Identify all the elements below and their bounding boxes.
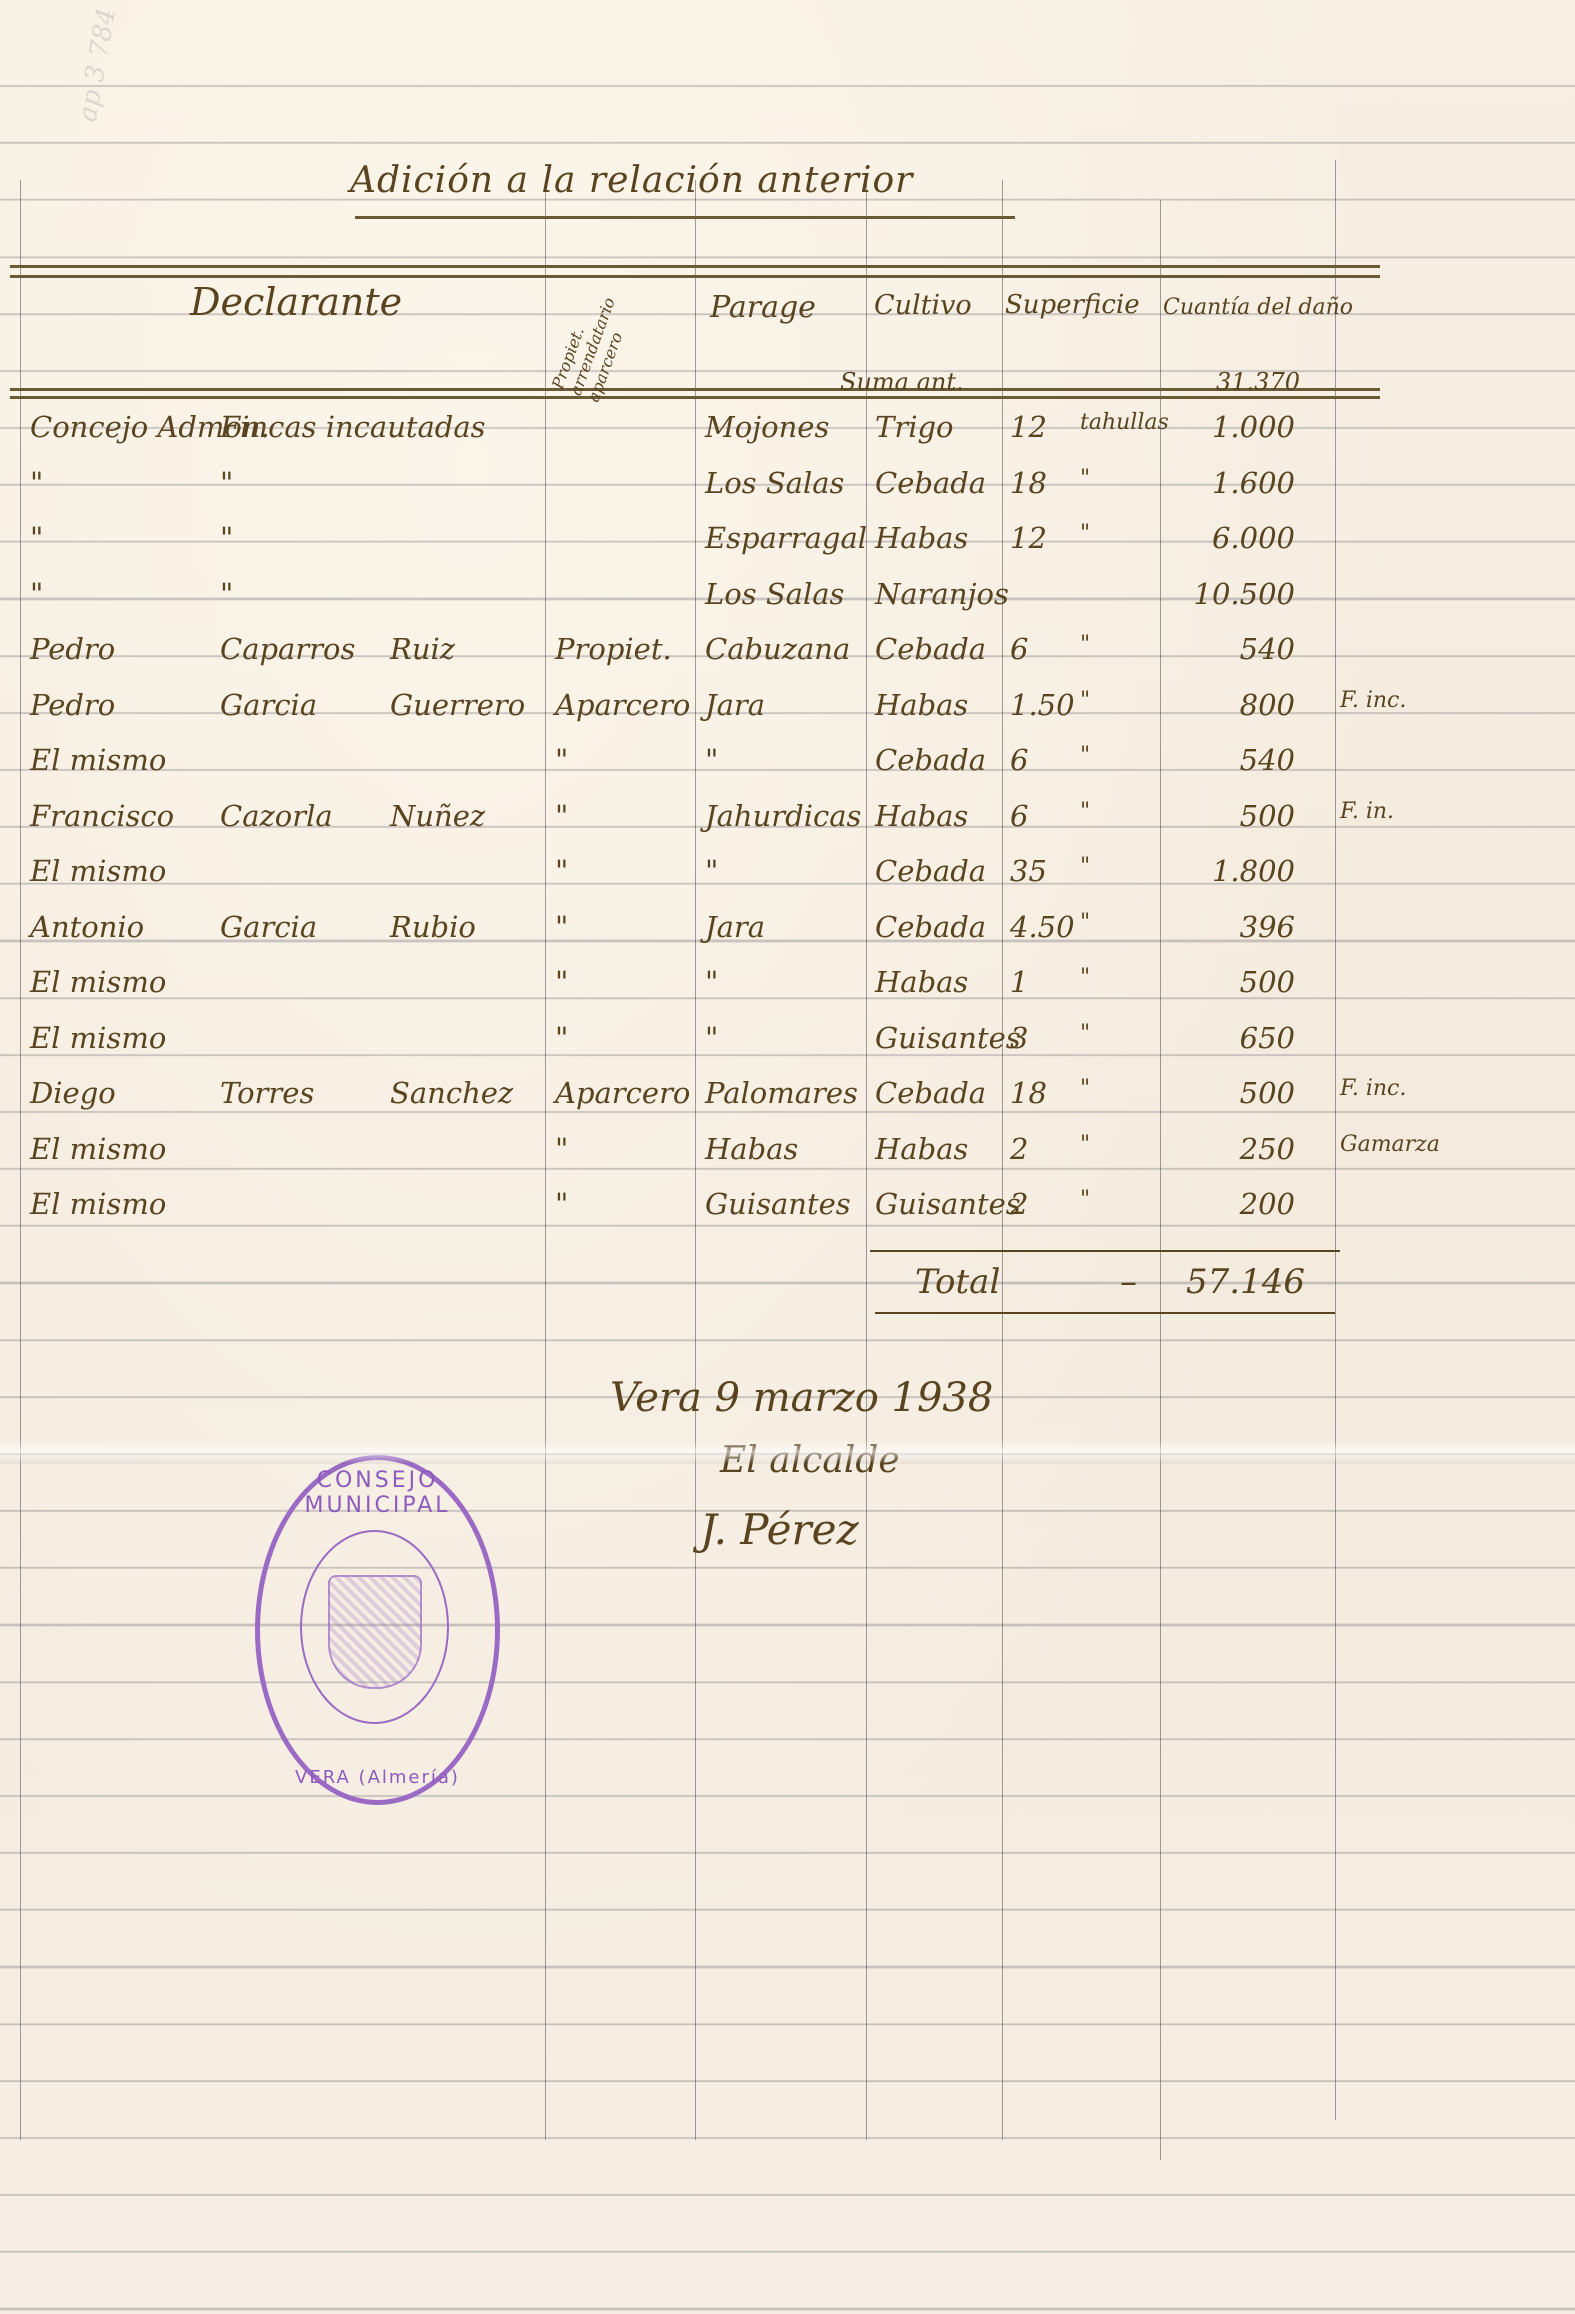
header-declarante: Declarante — [190, 280, 402, 324]
row-parage: Jara — [705, 910, 765, 944]
row-declarante-first: El mismo — [30, 743, 166, 777]
row-declarante-second: Fincas incautadas — [220, 410, 486, 444]
coat-of-arms-icon — [328, 1575, 422, 1689]
row-declarante-third: Nuñez — [390, 799, 485, 833]
row-cultivo: Habas — [875, 688, 968, 722]
header-superficie: Superficie — [1005, 290, 1140, 320]
row-cuantia: 650 — [1165, 1021, 1295, 1055]
row-declarante-third: Rubio — [390, 910, 476, 944]
row-unit: " — [1080, 688, 1090, 713]
row-superficie: 3 — [1010, 1021, 1028, 1055]
row-parage: " — [705, 743, 718, 777]
row-status: Aparcero — [555, 1076, 690, 1110]
row-note: F. inc. — [1340, 1076, 1406, 1101]
row-unit: " — [1080, 1076, 1090, 1101]
row-cultivo: Guisantes — [875, 1187, 1021, 1221]
row-declarante-first: " — [30, 466, 43, 500]
place-date: Vera 9 marzo 1938 — [610, 1375, 993, 1421]
row-declarante-second: Cazorla — [220, 799, 333, 833]
column-rule — [866, 180, 867, 2140]
row-declarante-second: " — [220, 466, 233, 500]
row-declarante-second: " — [220, 577, 233, 611]
row-parage: Los Salas — [705, 466, 844, 500]
row-parage: " — [705, 965, 718, 999]
row-parage: Los Salas — [705, 577, 844, 611]
row-superficie: 18 — [1010, 466, 1047, 500]
row-declarante-first: " — [30, 521, 43, 555]
row-declarante-first: " — [30, 577, 43, 611]
row-declarante-second: " — [220, 521, 233, 555]
total-underline — [875, 1312, 1335, 1314]
row-cuantia: 540 — [1165, 632, 1295, 666]
header-parage: Parage — [710, 290, 816, 325]
row-cuantia: 250 — [1165, 1132, 1295, 1166]
header-cuantia: Cuantía del daño — [1163, 295, 1353, 320]
row-cuantia: 1.800 — [1165, 854, 1295, 888]
header-cultivo: Cultivo — [874, 290, 972, 321]
row-status: Propiet. — [555, 632, 672, 666]
row-declarante-second: Garcia — [220, 910, 317, 944]
row-cuantia: 200 — [1165, 1187, 1295, 1221]
row-declarante-second: Torres — [220, 1076, 314, 1110]
stamp-top-text: CONSEJO MUNICIPAL — [280, 1468, 475, 1518]
row-superficie: 2 — [1010, 1187, 1028, 1221]
carried-forward-label: Suma ant. — [840, 368, 964, 396]
row-note: F. inc. — [1340, 688, 1406, 713]
row-superficie: 12 — [1010, 410, 1047, 444]
carried-forward-value: 31.370 — [1180, 368, 1300, 396]
row-status: " — [555, 965, 568, 999]
row-parage: Cabuzana — [705, 632, 850, 666]
row-superficie: 6 — [1010, 799, 1028, 833]
row-status: " — [555, 1187, 568, 1221]
row-unit: tahullas — [1080, 410, 1169, 435]
row-unit: " — [1080, 965, 1090, 990]
row-declarante-third: Sanchez — [390, 1076, 513, 1110]
row-cultivo: Cebada — [875, 632, 986, 666]
row-parage: Jahurdicas — [705, 799, 861, 833]
row-cultivo: Cebada — [875, 910, 986, 944]
row-superficie: 6 — [1010, 743, 1028, 777]
total-label: Total — [915, 1262, 1000, 1302]
row-status: " — [555, 1021, 568, 1055]
row-cultivo: Habas — [875, 1132, 968, 1166]
total-rule — [870, 1250, 1340, 1252]
row-unit: " — [1080, 910, 1090, 935]
row-superficie: 4.50 — [1010, 910, 1075, 944]
row-cuantia: 500 — [1165, 799, 1295, 833]
total-value: 57.146 — [1165, 1262, 1305, 1302]
document-title: Adición a la relación anterior — [350, 160, 913, 201]
row-unit: " — [1080, 521, 1090, 546]
row-declarante-first: Diego — [30, 1076, 116, 1110]
row-unit: " — [1080, 854, 1090, 879]
row-status: " — [555, 854, 568, 888]
row-status: " — [555, 743, 568, 777]
row-declarante-third: Guerrero — [390, 688, 525, 722]
row-cultivo: Habas — [875, 965, 968, 999]
column-rule — [695, 180, 696, 2140]
row-unit: " — [1080, 1187, 1090, 1212]
row-unit: " — [1080, 632, 1090, 657]
row-declarante-first: Pedro — [30, 688, 115, 722]
row-superficie: 6 — [1010, 632, 1028, 666]
row-parage: Guisantes — [705, 1187, 851, 1221]
header-rule-top — [10, 275, 1380, 278]
column-rule — [20, 180, 21, 2140]
row-parage: Habas — [705, 1132, 798, 1166]
column-rule — [1335, 160, 1336, 2120]
row-cuantia: 1.000 — [1165, 410, 1295, 444]
row-superficie: 35 — [1010, 854, 1047, 888]
row-declarante-third: Ruiz — [390, 632, 455, 666]
row-parage: " — [705, 854, 718, 888]
row-cuantia: 800 — [1165, 688, 1295, 722]
row-cultivo: Cebada — [875, 466, 986, 500]
title-underline — [355, 216, 1015, 219]
column-rule — [1160, 200, 1161, 2160]
row-superficie: 1.50 — [1010, 688, 1075, 722]
municipal-stamp: CONSEJO MUNICIPAL VERA (Almería) — [255, 1455, 500, 1805]
row-status: " — [555, 910, 568, 944]
row-declarante-second: Caparros — [220, 632, 355, 666]
row-declarante-first: El mismo — [30, 1021, 166, 1055]
row-superficie: 1 — [1010, 965, 1028, 999]
row-cuantia: 500 — [1165, 965, 1295, 999]
paper-fold — [0, 1440, 1575, 1464]
row-cultivo: Trigo — [875, 410, 954, 444]
row-unit: " — [1080, 466, 1090, 491]
total-dash: – — [1120, 1262, 1137, 1302]
row-unit: " — [1080, 1132, 1090, 1157]
column-rule — [1002, 180, 1003, 2140]
row-cuantia: 1.600 — [1165, 466, 1295, 500]
row-cultivo: Cebada — [875, 743, 986, 777]
row-cultivo: Cebada — [875, 1076, 986, 1110]
row-declarante-first: El mismo — [30, 1132, 166, 1166]
row-cultivo: Habas — [875, 799, 968, 833]
row-unit: " — [1080, 1021, 1090, 1046]
row-declarante-first: Pedro — [30, 632, 115, 666]
row-parage: " — [705, 1021, 718, 1055]
row-superficie: 2 — [1010, 1132, 1028, 1166]
row-note: F. in. — [1340, 799, 1394, 824]
row-status: " — [555, 799, 568, 833]
row-parage: Mojones — [705, 410, 829, 444]
row-cuantia: 6.000 — [1165, 521, 1295, 555]
row-declarante-first: Antonio — [30, 910, 144, 944]
row-status: " — [555, 1132, 568, 1166]
row-cultivo: Guisantes — [875, 1021, 1021, 1055]
row-declarante-first: Francisco — [30, 799, 174, 833]
signature: J. Pérez — [700, 1505, 859, 1554]
row-cuantia: 540 — [1165, 743, 1295, 777]
header-rule-top — [10, 265, 1380, 268]
row-declarante-first: El mismo — [30, 854, 166, 888]
row-parage: Jara — [705, 688, 765, 722]
row-superficie: 12 — [1010, 521, 1047, 555]
row-unit: " — [1080, 799, 1090, 824]
row-unit: " — [1080, 743, 1090, 768]
row-cultivo: Cebada — [875, 854, 986, 888]
row-declarante-second: Garcia — [220, 688, 317, 722]
row-cuantia: 396 — [1165, 910, 1295, 944]
stamp-bottom-text: VERA (Almería) — [280, 1767, 475, 1788]
row-cultivo: Habas — [875, 521, 968, 555]
header-rule-bottom — [10, 388, 1380, 391]
row-parage: Esparragal — [705, 521, 867, 555]
row-note: Gamarza — [1340, 1132, 1440, 1157]
row-status: Aparcero — [555, 688, 690, 722]
row-superficie: 18 — [1010, 1076, 1047, 1110]
row-cuantia: 500 — [1165, 1076, 1295, 1110]
row-parage: Palomares — [705, 1076, 858, 1110]
row-cultivo: Naranjos — [875, 577, 1009, 611]
column-rule — [545, 180, 546, 2140]
header-rule-bottom — [10, 396, 1380, 399]
row-declarante-first: El mismo — [30, 965, 166, 999]
row-declarante-first: El mismo — [30, 1187, 166, 1221]
row-cuantia: 10.500 — [1165, 577, 1295, 611]
